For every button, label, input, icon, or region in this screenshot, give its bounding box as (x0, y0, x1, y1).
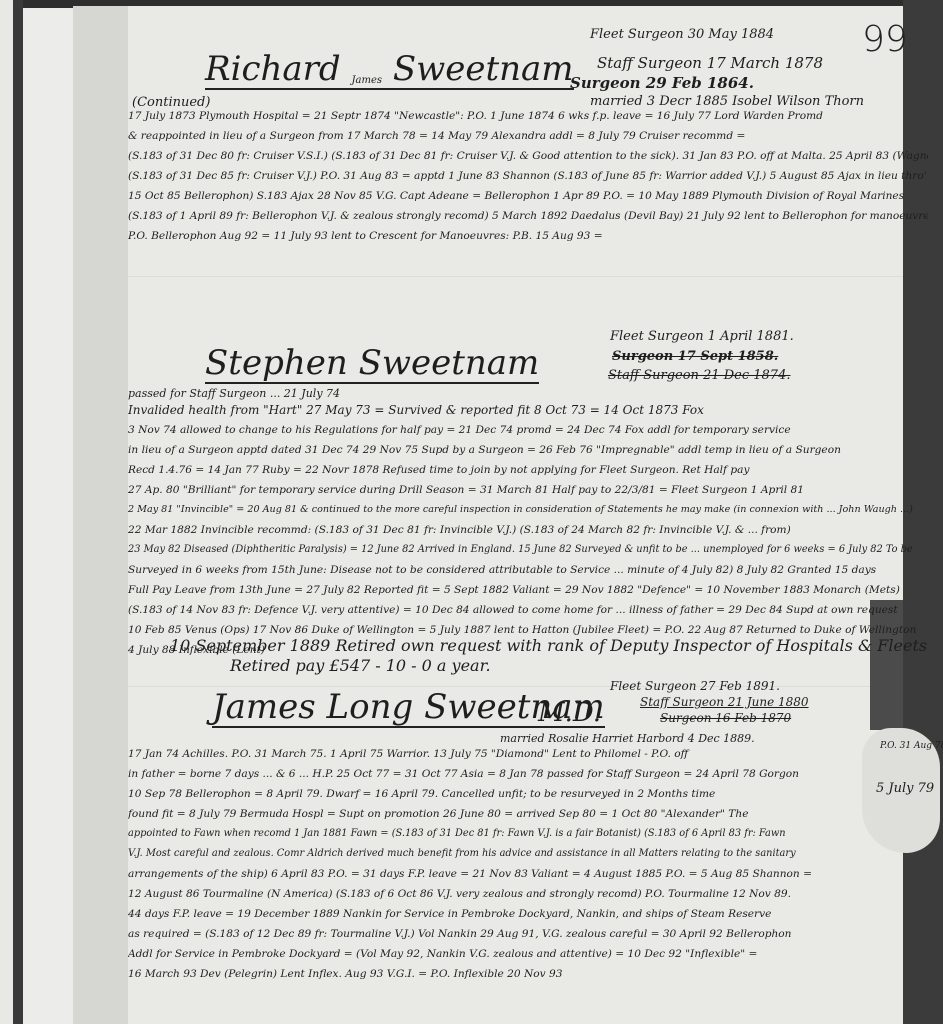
entry-line: 17 July 1873 Plymouth Hospital = 21 Sept… (128, 106, 928, 126)
first-name: Richard (205, 49, 341, 89)
first-name: Stephen (205, 343, 348, 383)
side-note: 5 July 79 (876, 782, 934, 795)
first-name: James (212, 687, 316, 727)
entry-line: 27 Ap. 80 "Brilliant" for temporary serv… (128, 480, 928, 500)
margin-note: passed for Staff Surgeon ... 21 July 74 (128, 388, 340, 399)
entry-line: 2 May 81 "Invincible" = 20 Aug 81 & cont… (128, 500, 928, 520)
entry-line: (S.183 of 31 Dec 80 fr: Cruiser V.S.I.) … (128, 146, 928, 166)
rank-staff-surgeon: Staff Surgeon 21 June 1880 (640, 696, 809, 708)
last-name: Sweetnam (393, 49, 574, 89)
entry-line: Full Pay Leave from 13th June = 27 July … (128, 580, 928, 600)
service-entries: 17 Jan 74 Achilles. P.O. 31 March 75. 1 … (128, 744, 863, 984)
rank-staff-surgeon: Staff Surgeon 17 March 1878 (597, 56, 823, 71)
entry-line: (S.183 of 31 Dec 85 fr: Cruiser V.J.) P.… (128, 166, 928, 186)
last-name: Sweetnam (359, 343, 540, 383)
marriage-note: married Rosalie Harriet Harbord 4 Dec 18… (500, 733, 755, 744)
entry-line: 22 Mar 1882 Invincible recommd: (S.183 o… (128, 520, 928, 540)
middle-name: James (352, 75, 383, 86)
entry-line: 15 Oct 85 Bellerophon) S.183 Ajax 28 Nov… (128, 186, 928, 206)
folio-number: 99 (862, 22, 908, 58)
middle-name: Long (327, 687, 414, 727)
entry-line: 3 Nov 74 allowed to change to his Regula… (128, 420, 928, 440)
record-name: Richard James Sweetnam (205, 52, 574, 90)
entry-line: Addl for Service in Pembroke Dockyard = … (128, 944, 863, 964)
entry-line: arrangements of the ship) 6 April 83 P.O… (128, 864, 863, 884)
entry-line: V.J. Most careful and zealous. Comr Aldr… (128, 844, 863, 864)
ruled-line (128, 276, 903, 277)
rank-surgeon-struck: Surgeon 16 Feb 1870 (660, 712, 791, 724)
rank-surgeon: Surgeon 29 Feb 1864. (570, 76, 754, 91)
retired-pay-note: Retired pay £547 - 10 - 0 a year. (230, 658, 491, 674)
page-margin (73, 6, 128, 1024)
rank-staff-surgeon-struck: Staff Surgeon 21 Dec 1874. (608, 369, 790, 382)
rank-surgeon-struck: Surgeon 17 Sept 1858. (612, 350, 778, 363)
name-suffix: M.D. (538, 700, 601, 726)
rank-fleet-surgeon: Fleet Surgeon 1 April 1881. (610, 330, 794, 343)
entry-line: & reappointed in lieu of a Surgeon from … (128, 126, 928, 146)
entry-line: 17 Jan 74 Achilles. P.O. 31 March 75. 1 … (128, 744, 863, 764)
left-page-strip (23, 8, 73, 1024)
entry-line: appointed to Fawn when recomd 1 Jan 1881… (128, 824, 863, 844)
entry-line: as required = (S.183 of 12 Dec 89 fr: To… (128, 924, 863, 944)
rank-fleet-surgeon: Fleet Surgeon 30 May 1884 (590, 28, 774, 41)
entry-line: found fit = 8 July 79 Bermuda Hospl = Su… (128, 804, 863, 824)
entry-line: 23 May 82 Diseased (Diphtheritic Paralys… (128, 540, 928, 560)
side-note: P.O. 31 Aug 78 (880, 742, 943, 751)
entry-line: 44 days F.P. leave = 19 December 1889 Na… (128, 904, 863, 924)
service-entries: Invalided health from "Hart" 27 May 73 =… (128, 400, 928, 660)
entry-line: Invalided health from "Hart" 27 May 73 =… (128, 400, 928, 420)
rank-fleet-surgeon: Fleet Surgeon 27 Feb 1891. (610, 680, 780, 692)
record-name: Stephen Sweetnam (205, 346, 539, 384)
entry-line: in father = borne 7 days ... & 6 ... H.P… (128, 764, 863, 784)
left-page-edge (0, 0, 13, 1024)
entry-line: (S.183 of 14 Nov 83 fr: Defence V.J. ver… (128, 600, 928, 620)
entry-line: 10 Sep 78 Bellerophon = 8 April 79. Dwar… (128, 784, 863, 804)
entry-line: in lieu of a Surgeon apptd dated 31 Dec … (128, 440, 928, 460)
service-entries: 17 July 1873 Plymouth Hospital = 21 Sept… (128, 106, 928, 246)
entry-line: (S.183 of 1 April 89 fr: Bellerophon V.J… (128, 206, 928, 226)
entry-line: P.O. Bellerophon Aug 92 = 11 July 93 len… (128, 226, 928, 246)
book-binding (13, 0, 23, 1024)
entry-line: Recd 1.4.76 = 14 Jan 77 Ruby = 22 Novr 1… (128, 460, 928, 480)
entry-line: Surveyed in 6 weeks from 15th June: Dise… (128, 560, 928, 580)
entry-line: 12 August 86 Tourmaline (N America) (S.1… (128, 884, 863, 904)
retirement-note: 10 September 1889 Retired own request wi… (170, 638, 927, 654)
entry-line: 16 March 93 Dev (Pelegrin) Lent Inflex. … (128, 964, 863, 984)
